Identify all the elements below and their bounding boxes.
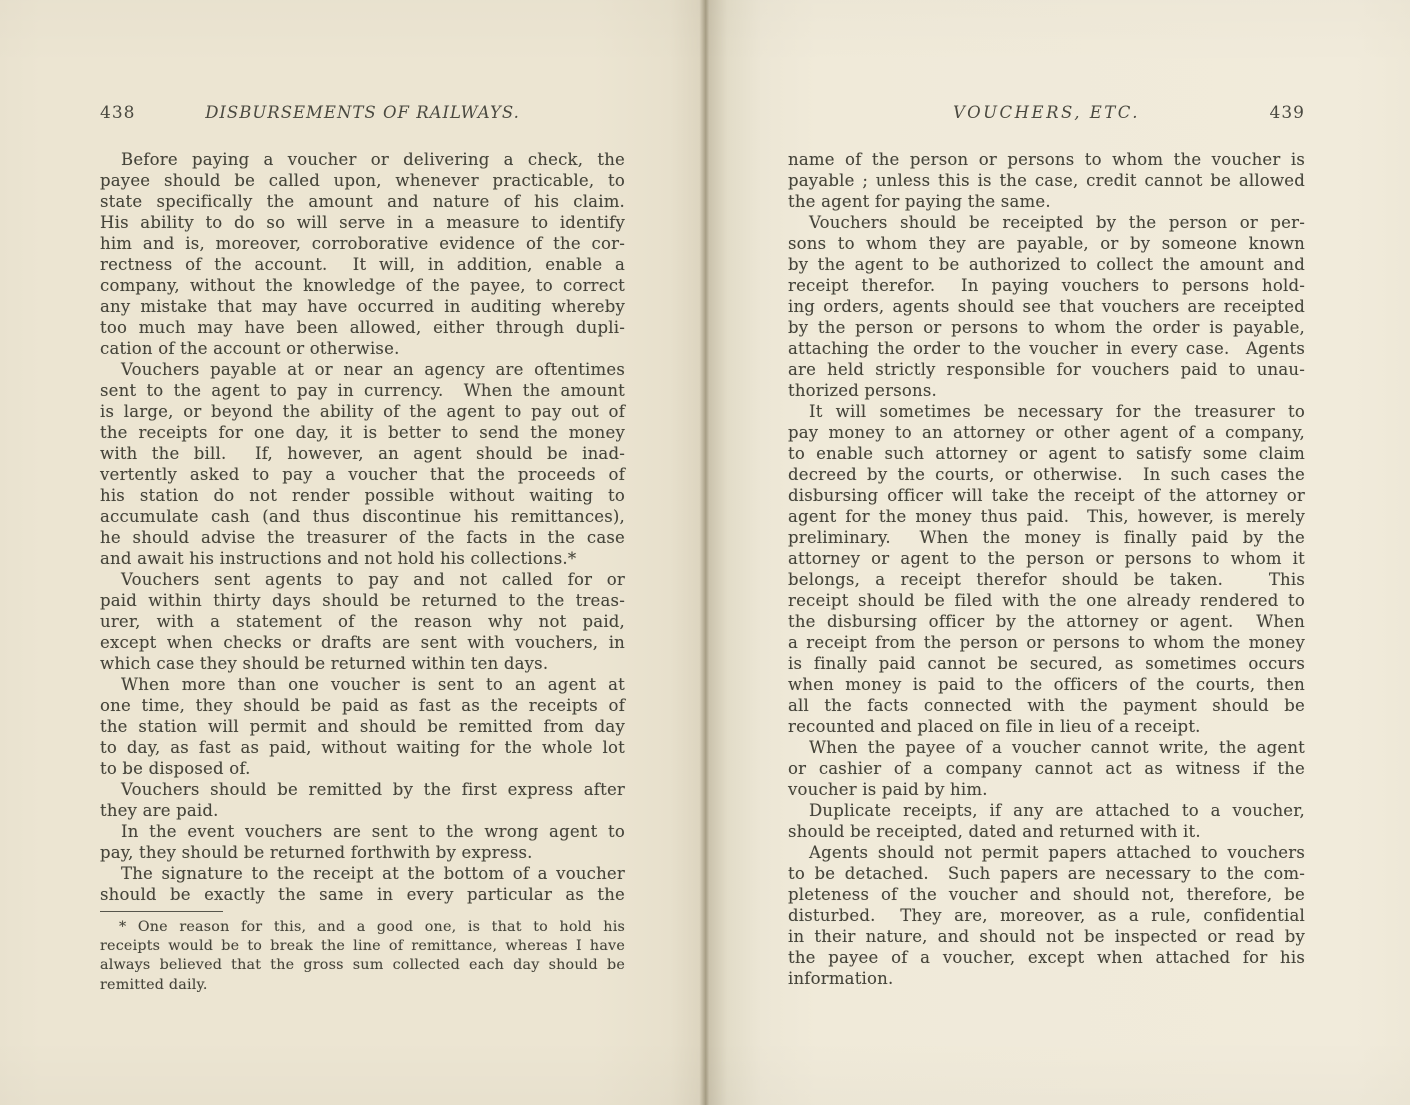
text-line: * One reason for this, and a good one, i…	[100, 918, 625, 937]
footnote-text: * One reason for this, and a good one, i…	[100, 918, 625, 995]
text-line: he should advise the treasurer of the fa…	[100, 527, 625, 548]
text-line: sent to the agent to pay in currency. Wh…	[100, 380, 625, 401]
text-line: to be disposed of.	[100, 758, 625, 779]
text-line: recounted and placed on file in lieu of …	[788, 716, 1305, 737]
text-line: voucher is paid by him.	[788, 779, 1305, 800]
text-line: Vouchers should be receipted by the pers…	[788, 212, 1305, 233]
text-line: pay money to an attorney or other agent …	[788, 422, 1305, 443]
book-spread: 438 DISBURSEMENTS OF RAILWAYS. Before pa…	[0, 0, 1410, 1105]
text-line: belongs, a receipt therefor should be ta…	[788, 569, 1305, 590]
text-line: Vouchers should be remitted by the first…	[100, 779, 625, 800]
right-page: 439 VOUCHERS, ETC. name of the person or…	[788, 103, 1305, 989]
text-line: the agent for paying the same.	[788, 191, 1305, 212]
text-line: When more than one voucher is sent to an…	[100, 674, 625, 695]
text-line: are held strictly responsible for vouche…	[788, 359, 1305, 380]
text-line: when money is paid to the officers of th…	[788, 674, 1305, 695]
text-line: cation of the account or otherwise.	[100, 338, 625, 359]
paragraph: When the payee of a voucher cannot write…	[788, 737, 1305, 800]
text-line: his station do not render possible witho…	[100, 485, 625, 506]
text-line: him and is, moreover, corroborative evid…	[100, 233, 625, 254]
paragraph: Vouchers payable at or near an agency ar…	[100, 359, 625, 569]
left-page-header: 438 DISBURSEMENTS OF RAILWAYS.	[100, 103, 625, 125]
text-line: a receipt from the person or persons to …	[788, 632, 1305, 653]
page-body: Before paying a voucher or delivering a …	[100, 149, 625, 905]
text-line: remitted daily.	[100, 976, 625, 995]
text-line: attaching the order to the voucher in ev…	[788, 338, 1305, 359]
paragraph: It will sometimes be necessary for the t…	[788, 401, 1305, 737]
text-line: the receipts for one day, it is better t…	[100, 422, 625, 443]
text-line: too much may have been allowed, either t…	[100, 317, 625, 338]
text-line: pay, they should be returned forthwith b…	[100, 842, 625, 863]
text-line: agent for the money thus paid. This, how…	[788, 506, 1305, 527]
text-line: urer, with a statement of the reason why…	[100, 611, 625, 632]
paragraph: When more than one voucher is sent to an…	[100, 674, 625, 779]
text-line: The signature to the receipt at the bott…	[100, 863, 625, 884]
running-title: DISBURSEMENTS OF RAILWAYS.	[100, 103, 625, 122]
text-line: company, without the knowledge of the pa…	[100, 275, 625, 296]
paragraph: Agents should not permit papers attached…	[788, 842, 1305, 989]
text-line: should be receipted, dated and returned …	[788, 821, 1305, 842]
text-line: When the payee of a voucher cannot write…	[788, 737, 1305, 758]
text-line: they are paid.	[100, 800, 625, 821]
text-line: attorney or agent to the person or perso…	[788, 548, 1305, 569]
text-line: to be detached. Such papers are necessar…	[788, 863, 1305, 884]
text-line: is large, or beyond the ability of the a…	[100, 401, 625, 422]
text-line: any mistake that may have occurred in au…	[100, 296, 625, 317]
text-line: which case they should be returned withi…	[100, 653, 625, 674]
paragraph: Vouchers should be remitted by the first…	[100, 779, 625, 821]
text-line: pleteness of the voucher and should not,…	[788, 884, 1305, 905]
text-line: Vouchers sent agents to pay and not call…	[100, 569, 625, 590]
text-line: or cashier of a company cannot act as wi…	[788, 758, 1305, 779]
page-number: 438	[100, 103, 135, 123]
text-line: one time, they should be paid as fast as…	[100, 695, 625, 716]
text-line: ing orders, agents should see that vouch…	[788, 296, 1305, 317]
paragraph: name of the person or persons to whom th…	[788, 149, 1305, 212]
text-line: and await his instructions and not hold …	[100, 548, 625, 569]
text-line: disbursing officer will take the receipt…	[788, 485, 1305, 506]
text-line: Before paying a voucher or delivering a …	[100, 149, 625, 170]
page-body: name of the person or persons to whom th…	[788, 149, 1305, 989]
text-line: information.	[788, 968, 1305, 989]
text-line: Agents should not permit papers attached…	[788, 842, 1305, 863]
text-line: It will sometimes be necessary for the t…	[788, 401, 1305, 422]
text-line: preliminary. When the money is finally p…	[788, 527, 1305, 548]
footnote: * One reason for this, and a good one, i…	[100, 911, 625, 995]
text-line: except when checks or drafts are sent wi…	[100, 632, 625, 653]
paragraph: In the event vouchers are sent to the wr…	[100, 821, 625, 863]
paragraph: Vouchers should be receipted by the pers…	[788, 212, 1305, 401]
text-line: accumulate cash (and thus discontinue hi…	[100, 506, 625, 527]
text-line: Vouchers payable at or near an agency ar…	[100, 359, 625, 380]
text-line: by the person or persons to whom the ord…	[788, 317, 1305, 338]
running-title: VOUCHERS, ETC.	[788, 103, 1305, 122]
text-line: decreed by the courts, or otherwise. In …	[788, 464, 1305, 485]
text-line: disturbed. They are, moreover, as a rule…	[788, 905, 1305, 926]
text-line: the station will permit and should be re…	[100, 716, 625, 737]
left-page: 438 DISBURSEMENTS OF RAILWAYS. Before pa…	[100, 103, 625, 995]
text-line: with the bill. If, however, an agent sho…	[100, 443, 625, 464]
text-line: receipt should be filed with the one alr…	[788, 590, 1305, 611]
paragraph: The signature to the receipt at the bott…	[100, 863, 625, 905]
text-line: state specifically the amount and nature…	[100, 191, 625, 212]
text-line: receipts would be to break the line of r…	[100, 937, 625, 956]
text-line: all the facts connected with the payment…	[788, 695, 1305, 716]
paragraph: Before paying a voucher or delivering a …	[100, 149, 625, 359]
text-line: payable ; unless this is the case, credi…	[788, 170, 1305, 191]
text-line: payee should be called upon, whenever pr…	[100, 170, 625, 191]
text-line: vertently asked to pay a voucher that th…	[100, 464, 625, 485]
text-line: to enable such attorney or agent to sati…	[788, 443, 1305, 464]
right-page-header: 439 VOUCHERS, ETC.	[788, 103, 1305, 125]
text-line: receipt therefor. In paying vouchers to …	[788, 275, 1305, 296]
text-line: paid within thirty days should be return…	[100, 590, 625, 611]
text-line: sons to whom they are payable, or by som…	[788, 233, 1305, 254]
text-line: by the agent to be authorized to collect…	[788, 254, 1305, 275]
text-line: to day, as fast as paid, without waiting…	[100, 737, 625, 758]
paragraph: Duplicate receipts, if any are attached …	[788, 800, 1305, 842]
text-line: rectness of the account. It will, in add…	[100, 254, 625, 275]
text-line: name of the person or persons to whom th…	[788, 149, 1305, 170]
text-line: the payee of a voucher, except when atta…	[788, 947, 1305, 968]
text-line: always believed that the gross sum colle…	[100, 956, 625, 975]
text-line: In the event vouchers are sent to the wr…	[100, 821, 625, 842]
text-line: the disbursing officer by the attorney o…	[788, 611, 1305, 632]
text-line: His ability to do so will serve in a mea…	[100, 212, 625, 233]
paragraph: Vouchers sent agents to pay and not call…	[100, 569, 625, 674]
text-line: should be exactly the same in every part…	[100, 884, 625, 905]
text-line: in their nature, and should not be inspe…	[788, 926, 1305, 947]
text-line: Duplicate receipts, if any are attached …	[788, 800, 1305, 821]
footnote-rule	[100, 911, 223, 912]
page-number: 439	[1270, 103, 1305, 123]
text-line: is finally paid cannot be secured, as so…	[788, 653, 1305, 674]
text-line: thorized persons.	[788, 380, 1305, 401]
